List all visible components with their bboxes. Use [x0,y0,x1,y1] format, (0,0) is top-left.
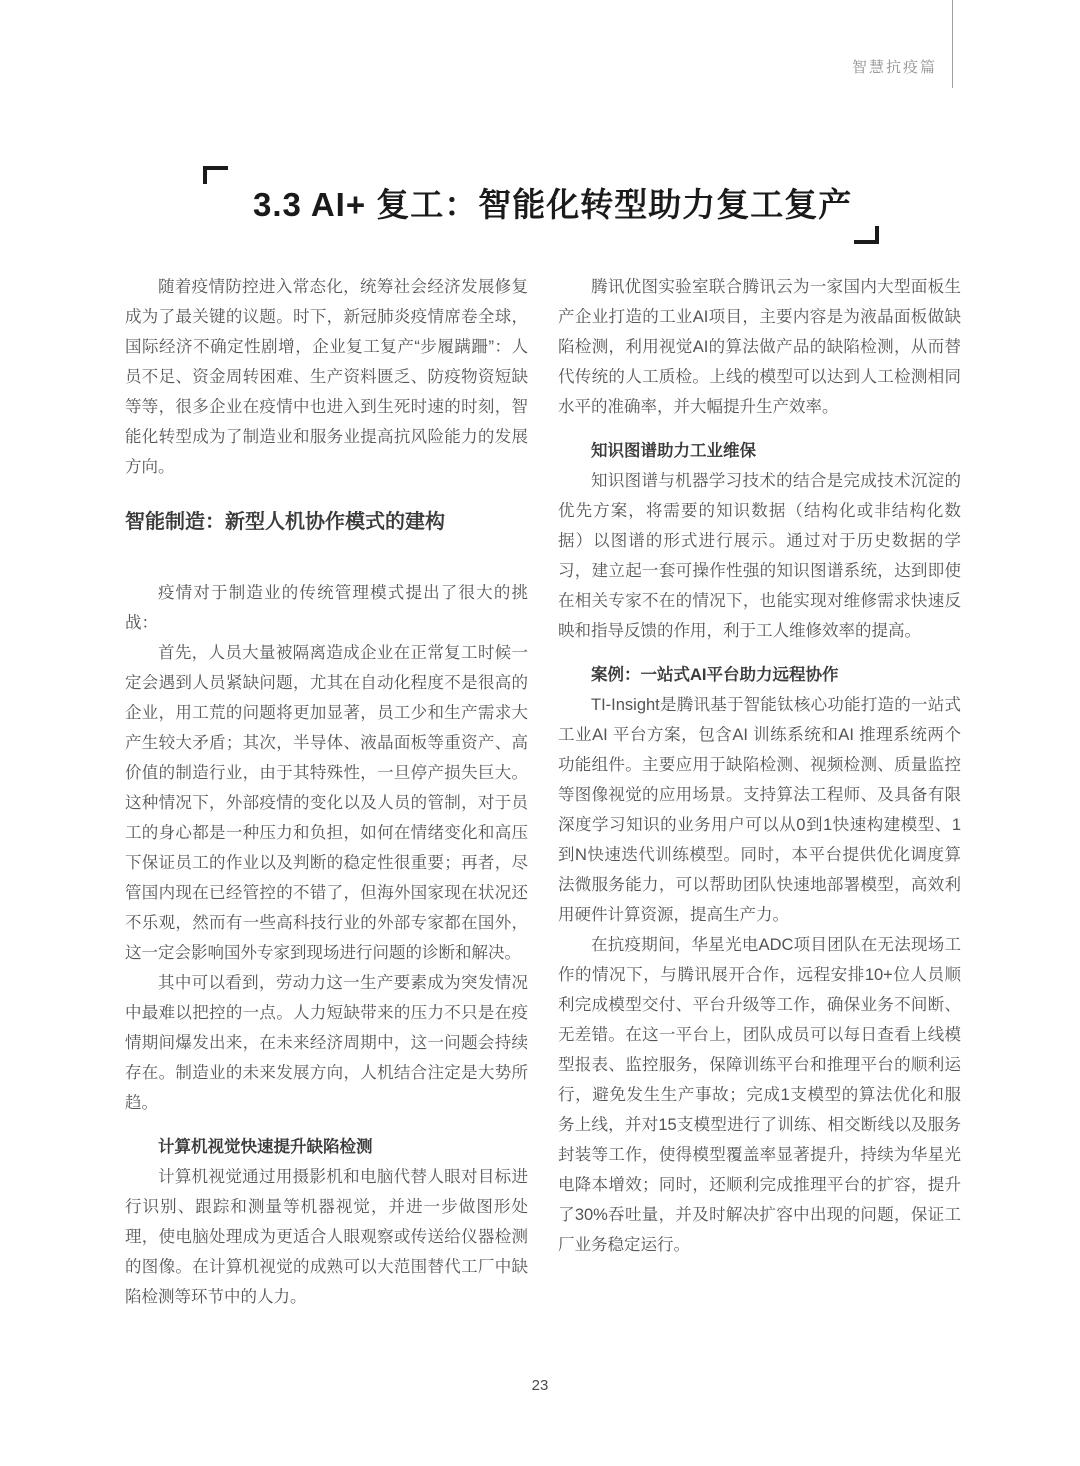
body-paragraph: 计算机视觉通过用摄影机和电脑代替人眼对目标进行识别、跟踪和测量等机器视觉，并进一… [125,1162,528,1312]
two-column-body: 随着疫情防控进入常态化，统筹社会经济发展修复成为了最关键的议题。时下，新冠肺炎疫… [125,272,961,1312]
left-column: 随着疫情防控进入常态化，统筹社会经济发展修复成为了最关键的议题。时下，新冠肺炎疫… [125,272,528,1312]
body-paragraph: 腾讯优图实验室联合腾讯云为一家国内大型面板生产企业打造的工业AI项目，主要内容是… [558,272,961,422]
sub-heading: 智能制造：新型人机协作模式的建构 [125,506,528,538]
body-paragraph: 首先，人员大量被隔离造成企业在正常复工时候一定会遇到人员紧缺问题，尤其在自动化程… [125,638,528,968]
sub-heading: 案例：一站式AI平台助力远程协作 [558,660,961,690]
sub-heading: 知识图谱助力工业维保 [558,436,961,466]
section-title: 3.3 AI+ 复工：智能化转型助力复工复产 [203,166,879,244]
section-label: 智慧抗疫篇 [852,56,937,77]
close-corner-bracket-icon [854,226,879,244]
body-paragraph: 随着疫情防控进入常态化，统筹社会经济发展修复成为了最关键的议题。时下，新冠肺炎疫… [125,272,528,482]
header-vertical-rule [952,0,953,88]
body-paragraph: 知识图谱与机器学习技术的结合是完成技术沉淀的优先方案，将需要的知识数据（结构化或… [558,466,961,646]
page-number: 23 [0,1377,1080,1394]
sub-heading: 计算机视觉快速提升缺陷检测 [125,1132,528,1162]
body-paragraph: 在抗疫期间，华星光电ADC项目团队在无法现场工作的情况下，与腾讯展开合作，远程安… [558,930,961,1260]
open-corner-bracket-icon [203,166,228,184]
document-page: 智慧抗疫篇 3.3 AI+ 复工：智能化转型助力复工复产 随着疫情防控进入常态化… [0,0,1080,1466]
right-column: 腾讯优图实验室联合腾讯云为一家国内大型面板生产企业打造的工业AI项目，主要内容是… [558,272,961,1312]
section-title-block: 3.3 AI+ 复工：智能化转型助力复工复产 [203,166,879,244]
body-paragraph: TI-Insight是腾讯基于智能钛核心功能打造的一站式工业AI 平台方案，包含… [558,690,961,930]
body-paragraph: 疫情对于制造业的传统管理模式提出了很大的挑战： [125,578,528,638]
body-paragraph: 其中可以看到，劳动力这一生产要素成为突发情况中最难以把控的一点。人力短缺带来的压… [125,968,528,1118]
